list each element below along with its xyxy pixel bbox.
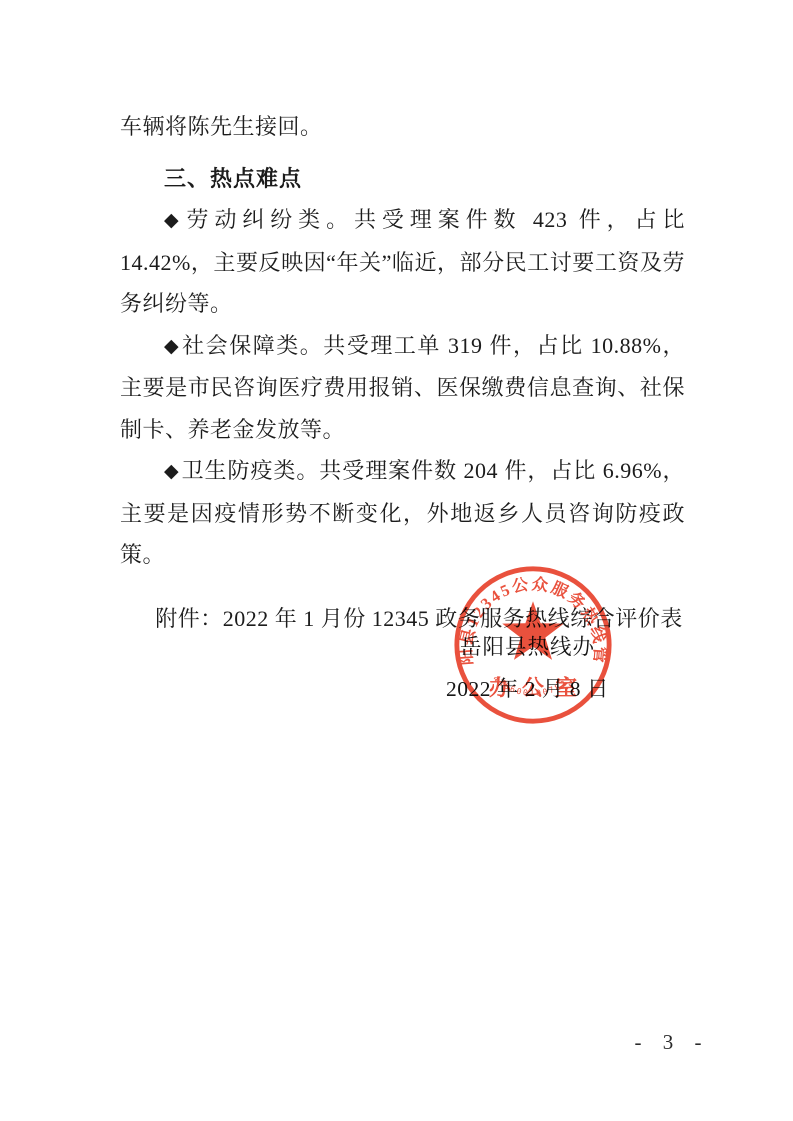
document-page: 车辆将陈先生接回。 三、热点难点 ◆劳动纠纷类。共受理案件数 423 件，占比 …	[0, 0, 793, 1121]
bullet-text: 卫生防疫类。共受理案件数 204 件，占比 6.96%，主要是因疫情形势不断变化…	[120, 458, 685, 567]
bullet-paragraph-epidemic-prevention: ◆卫生防疫类。共受理案件数 204 件，占比 6.96%，主要是因疫情形势不断变…	[120, 450, 685, 576]
bullet-text: 社会保障类。共受理工单 319 件，占比 10.88%，主要是市民咨询医疗费用报…	[120, 333, 685, 442]
diamond-bullet-icon: ◆	[164, 461, 182, 482]
diamond-bullet-icon: ◆	[164, 336, 182, 357]
signature-date: 2022 年 2 月 8 日	[446, 668, 609, 710]
bullet-paragraph-labor-dispute: ◆劳动纠纷类。共受理案件数 423 件，占比 14.42%，主要反映因“年关”临…	[120, 199, 685, 325]
paragraph-continuation: 车辆将陈先生接回。	[120, 106, 685, 148]
page-number: - 3 -	[612, 1030, 732, 1055]
signature-block: 岳阳县热线办 2022 年 2 月 8 日	[446, 626, 609, 710]
signature-org: 岳阳县热线办	[446, 626, 609, 668]
document-body: 车辆将陈先生接回。 三、热点难点 ◆劳动纠纷类。共受理案件数 423 件，占比 …	[120, 106, 685, 639]
section-heading: 三、热点难点	[120, 158, 685, 200]
bullet-paragraph-social-security: ◆社会保障类。共受理工单 319 件，占比 10.88%，主要是市民咨询医疗费用…	[120, 325, 685, 451]
diamond-bullet-icon: ◆	[164, 210, 187, 231]
bullet-text: 劳动纠纷类。共受理案件数 423 件，占比 14.42%，主要反映因“年关”临近…	[120, 207, 685, 316]
